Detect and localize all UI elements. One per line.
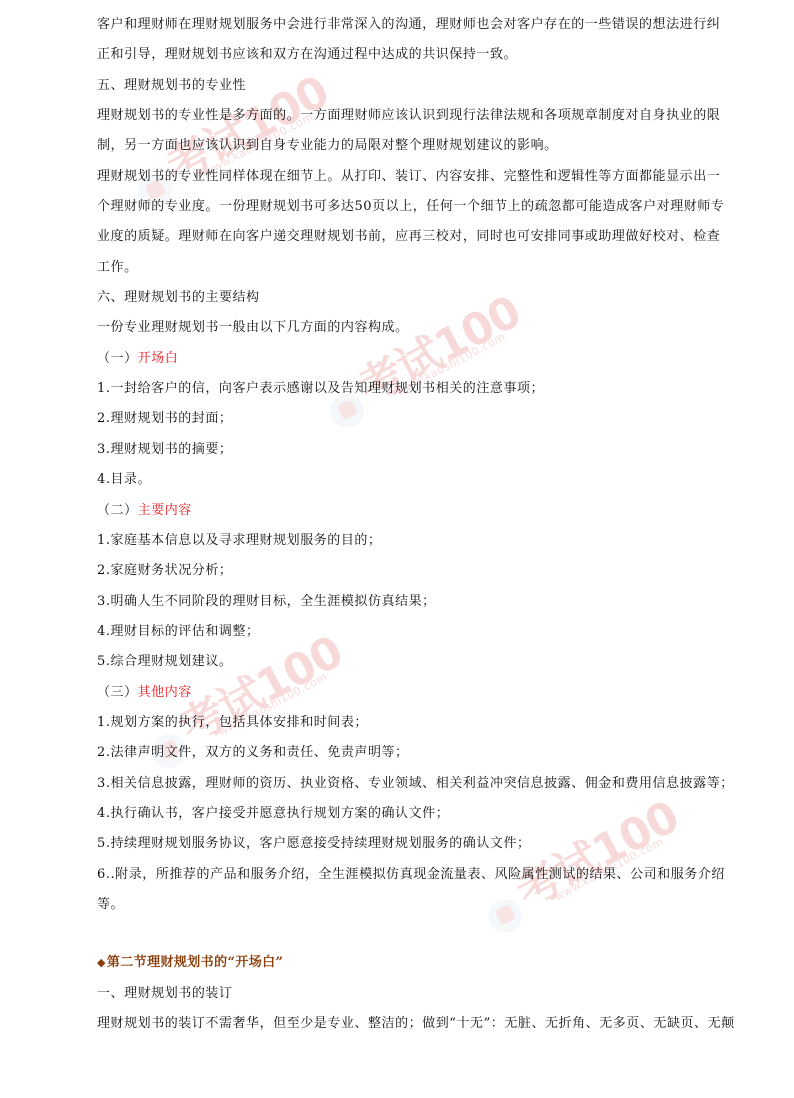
paragraph-line: 业度的质疑。理财师在向客户递交理财规划书前，应再三校对，同时也可安排同事或助理做… [97,222,697,252]
subsection-title: 开场白 [138,351,179,366]
paragraph-line: 个理财师的专业度。一份理财规划书可多达50页以上，任何一个细节上的疏忽都可能造成… [97,192,697,222]
list-item: 4.执行确认书，客户接受并愿意执行规划方案的确认文件； [97,799,697,829]
list-item: 1.家庭基本信息以及寻求理财规划服务的目的； [97,526,697,556]
heading-main-structure: 六、理财规划书的主要结构 [97,283,697,313]
list-item: 1.一封给客户的信，向客户表示感谢以及告知理财规划书相关的注意事项； [97,374,697,404]
paragraph-line: 理财规划书的专业性同样体现在细节上。从打印、装订、内容安排、完整性和逻辑性等方面… [97,162,697,192]
subsection-prefix: （三） [97,685,138,700]
subsection-title: 主要内容 [138,503,192,518]
subsection-title: 其他内容 [138,685,192,700]
blank-line [97,920,697,948]
paragraph-line: 理财规划书的装订不需奢华，但至少是专业、整洁的；做到“十无”：无脏、无折角、无多… [97,1009,697,1039]
heading-professionalism: 五、理财规划书的专业性 [97,71,697,101]
paragraph-line: 理财规划书的专业性是多方面的。一方面理财师应该认识到现行法律法规和各项规章制度对… [97,101,697,131]
subsection-heading-other-content: （三）其他内容 [97,678,697,708]
list-item: 2.理财规划书的封面； [97,404,697,434]
list-item: 2.家庭财务状况分析； [97,556,697,586]
diamond-bullet-icon: ◆ [97,948,106,978]
paragraph-line: 工作。 [97,253,697,283]
list-item: 2.法律声明文件，双方的义务和责任、免责声明等； [97,738,697,768]
section-heading: ◆第二节理财规划书的“开场白” [97,948,697,978]
section-heading-text: 第二节理财规划书的“开场白” [107,955,284,970]
list-item: 5.持续理财规划服务协议，客户愿意接受持续理财规划服务的确认文件； [97,829,697,859]
subsection-prefix: （一） [97,351,138,366]
document-page: 客户和理财师在理财规划服务中会进行非常深入的沟通，理财师也会对客户存在的一些错误… [97,10,697,1039]
paragraph-line: 客户和理财师在理财规划服务中会进行非常深入的沟通，理财师也会对客户存在的一些错误… [97,10,697,40]
subsection-heading-main-content: （二）主要内容 [97,496,697,526]
list-item: 5.综合理财规划建议。 [97,647,697,677]
list-item: 3.理财规划书的摘要； [97,435,697,465]
paragraph-line: 正和引导，理财规划书应该和双方在沟通过程中达成的共识保持一致。 [97,40,697,70]
list-item: 1.规划方案的执行，包括具体安排和时间表； [97,708,697,738]
heading-binding: 一、理财规划书的装订 [97,979,697,1009]
paragraph-line: 一份专业理财规划书一般由以下几方面的内容构成。 [97,313,697,343]
list-item: 4.理财目标的评估和调整； [97,617,697,647]
list-item: 6..附录，所推荐的产品和服务介绍，全生涯模拟仿真现金流量表、风险属性测试的结果… [97,860,697,890]
subsection-prefix: （二） [97,503,138,518]
subsection-heading-opening: （一）开场白 [97,344,697,374]
paragraph-line: 制，另一方面也应该认识到自身专业能力的局限对整个理财规划建议的影响。 [97,131,697,161]
list-item: 3.相关信息披露，理财师的资历、执业资格、专业领域、相关利益冲突信息披露、佣金和… [97,769,697,799]
list-item: 3.明确人生不同阶段的理财目标，全生涯模拟仿真结果； [97,587,697,617]
list-item: 4.目录。 [97,465,697,495]
list-item-continuation: 等。 [97,890,697,920]
